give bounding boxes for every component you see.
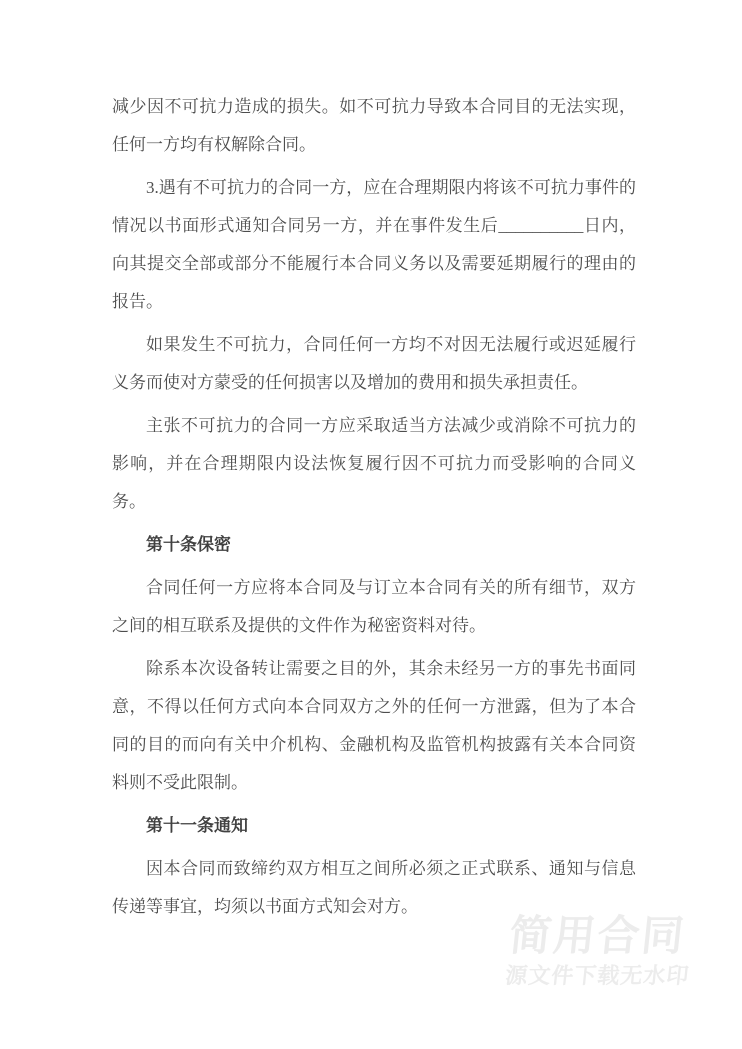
paragraph-force-majeure-notification: 3.遇有不可抗力的合同一方，应在合理期限内将该不可抗力事件的情况以书面形式通知合…	[112, 169, 636, 321]
contract-body: 减少因不可抗力造成的损失。如不可抗力导致本合同目的无法实现，任何一方均有权解除合…	[112, 88, 636, 931]
paragraph-confidentiality-disclosure: 除系本次设备转让需要之目的外，其余未经另一方的事先书面同意，不得以任何方式向本合…	[112, 650, 636, 802]
watermark: 简用合同 源文件下载无水印	[504, 912, 696, 989]
paragraph-confidentiality-scope: 合同任何一方应将本合同及与订立本合同有关的所有细节，双方之间的相互联系及提供的文…	[112, 569, 636, 645]
heading-article-10-confidentiality: 第十条保密	[112, 526, 636, 564]
paragraph-force-majeure-liability: 如果发生不可抗力，合同任何一方均不对因无法履行或迟延履行义务而使对方蒙受的任何损…	[112, 326, 636, 402]
heading-article-11-notice: 第十一条通知	[112, 807, 636, 845]
contract-document-page: 减少因不可抗力造成的损失。如不可抗力导致本合同目的无法实现，任何一方均有权解除合…	[0, 0, 742, 1049]
watermark-title: 简用合同	[507, 912, 696, 960]
watermark-subtitle: 源文件下载无水印	[504, 963, 691, 989]
paragraph-force-majeure-termination: 减少因不可抗力造成的损失。如不可抗力导致本合同目的无法实现，任何一方均有权解除合…	[112, 88, 636, 164]
paragraph-force-majeure-mitigation: 主张不可抗力的合同一方应采取适当方法减少或消除不可抗力的影响，并在合理期限内设法…	[112, 407, 636, 521]
